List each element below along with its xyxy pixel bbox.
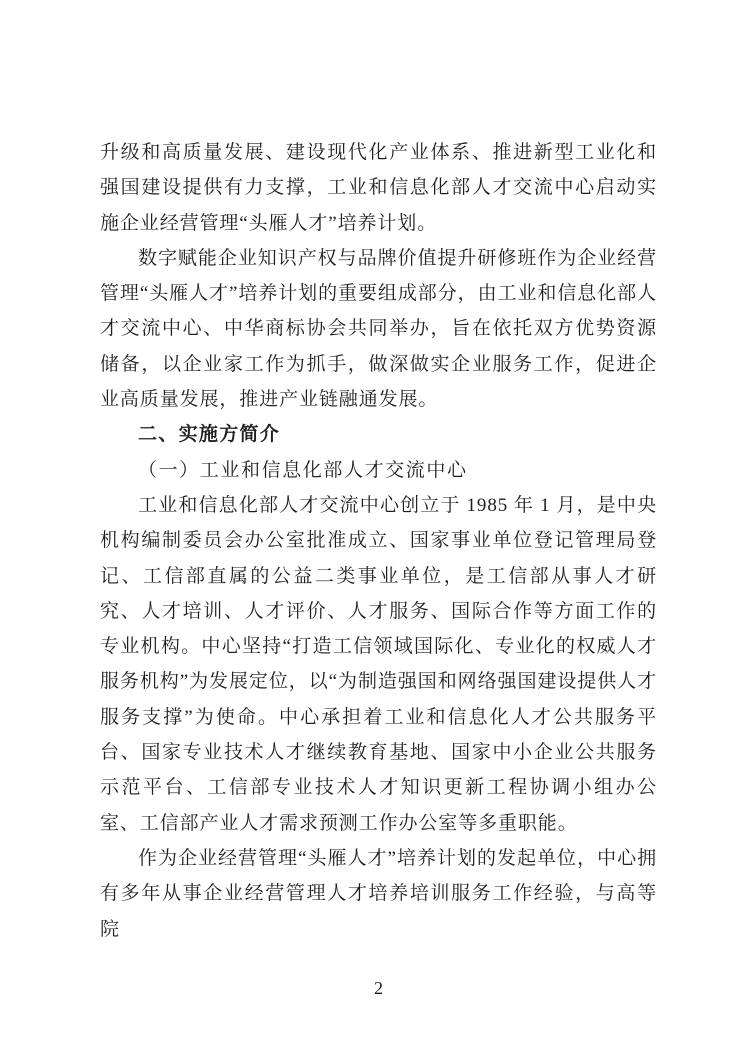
document-page: 升级和高质量发展、建设现代化产业体系、推进新型工业化和强国建设提供有力支撑，工业… xyxy=(0,0,750,1060)
section-heading: 二、实施方简介 xyxy=(100,417,657,452)
paragraph-continuation: 升级和高质量发展、建设现代化产业体系、推进新型工业化和强国建设提供有力支撑，工业… xyxy=(100,135,657,241)
document-body: 升级和高质量发展、建设现代化产业体系、推进新型工业化和强国建设提供有力支撑，工业… xyxy=(100,135,657,947)
paragraph: 数字赋能企业知识产权与品牌价值提升研修班作为企业经营管理“头雁人才”培养计划的重… xyxy=(100,241,657,417)
paragraph: 作为企业经营管理“头雁人才”培养计划的发起单位，中心拥有多年从事企业经营管理人才… xyxy=(100,841,657,947)
page-number: 2 xyxy=(100,976,657,1000)
paragraph: 工业和信息化部人才交流中心创立于 1985 年 1 月，是中央机构编制委员会办公… xyxy=(100,488,657,841)
subsection-heading: （一）工业和信息化部人才交流中心 xyxy=(100,453,657,488)
